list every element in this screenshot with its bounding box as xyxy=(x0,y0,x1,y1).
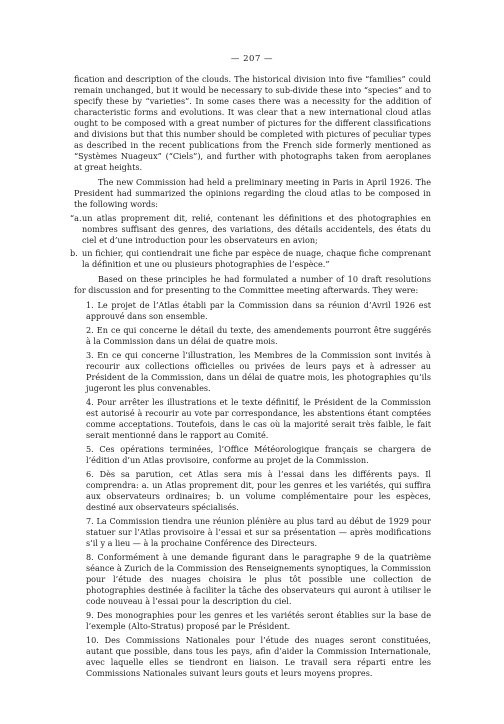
resolution-2: 2. En ce qui concerne le détail du texte… xyxy=(86,325,431,347)
resolution-6: 6. Dès sa parution, cet Atlas sera mis à… xyxy=(86,469,431,513)
quoted-item-marker: “a. xyxy=(70,213,82,246)
resolution-10: 10. Des Commissions Nationales pour l’ét… xyxy=(86,635,431,679)
quoted-item-a: “a. un atlas proprement dit, relié, cont… xyxy=(74,213,431,246)
resolution-1: 1. Le projet de l’Atlas établi par la Co… xyxy=(86,300,431,322)
quoted-item-text: un fichier, qui contiendrait une fiche p… xyxy=(82,248,431,270)
quoted-item-b: b. un fichier, qui contiendrait une fich… xyxy=(74,248,431,270)
intro-paragraph: fication and description of the clouds. … xyxy=(74,74,431,173)
resolutions-list: 1. Le projet de l’Atlas établi par la Co… xyxy=(74,300,431,679)
resolution-9: 9. Des monographies pour les genres et l… xyxy=(86,610,431,632)
resolution-7: 7. La Commission tiendra une réunion plé… xyxy=(86,516,431,549)
principles-paragraph: Based on these principles he had formula… xyxy=(74,274,431,296)
meeting-paragraph: The new Commission had held a preliminar… xyxy=(74,177,431,210)
page-number: — 207 — xyxy=(0,54,504,64)
quoted-item-text: un atlas proprement dit, relié, contenan… xyxy=(82,213,431,246)
resolution-3: 3. En ce qui concerne l’illustration, le… xyxy=(86,350,431,394)
document-body: fication and description of the clouds. … xyxy=(74,74,431,682)
quoted-item-marker: b. xyxy=(70,248,82,270)
quoted-list: “a. un atlas proprement dit, relié, cont… xyxy=(74,213,431,270)
resolution-5: 5. Ces opérations terminées, l’Office Mé… xyxy=(86,444,431,466)
resolution-4: 4. Pour arrêter les illustrations et le … xyxy=(86,397,431,441)
resolution-8: 8. Conformément à une demande figurant d… xyxy=(86,552,431,607)
